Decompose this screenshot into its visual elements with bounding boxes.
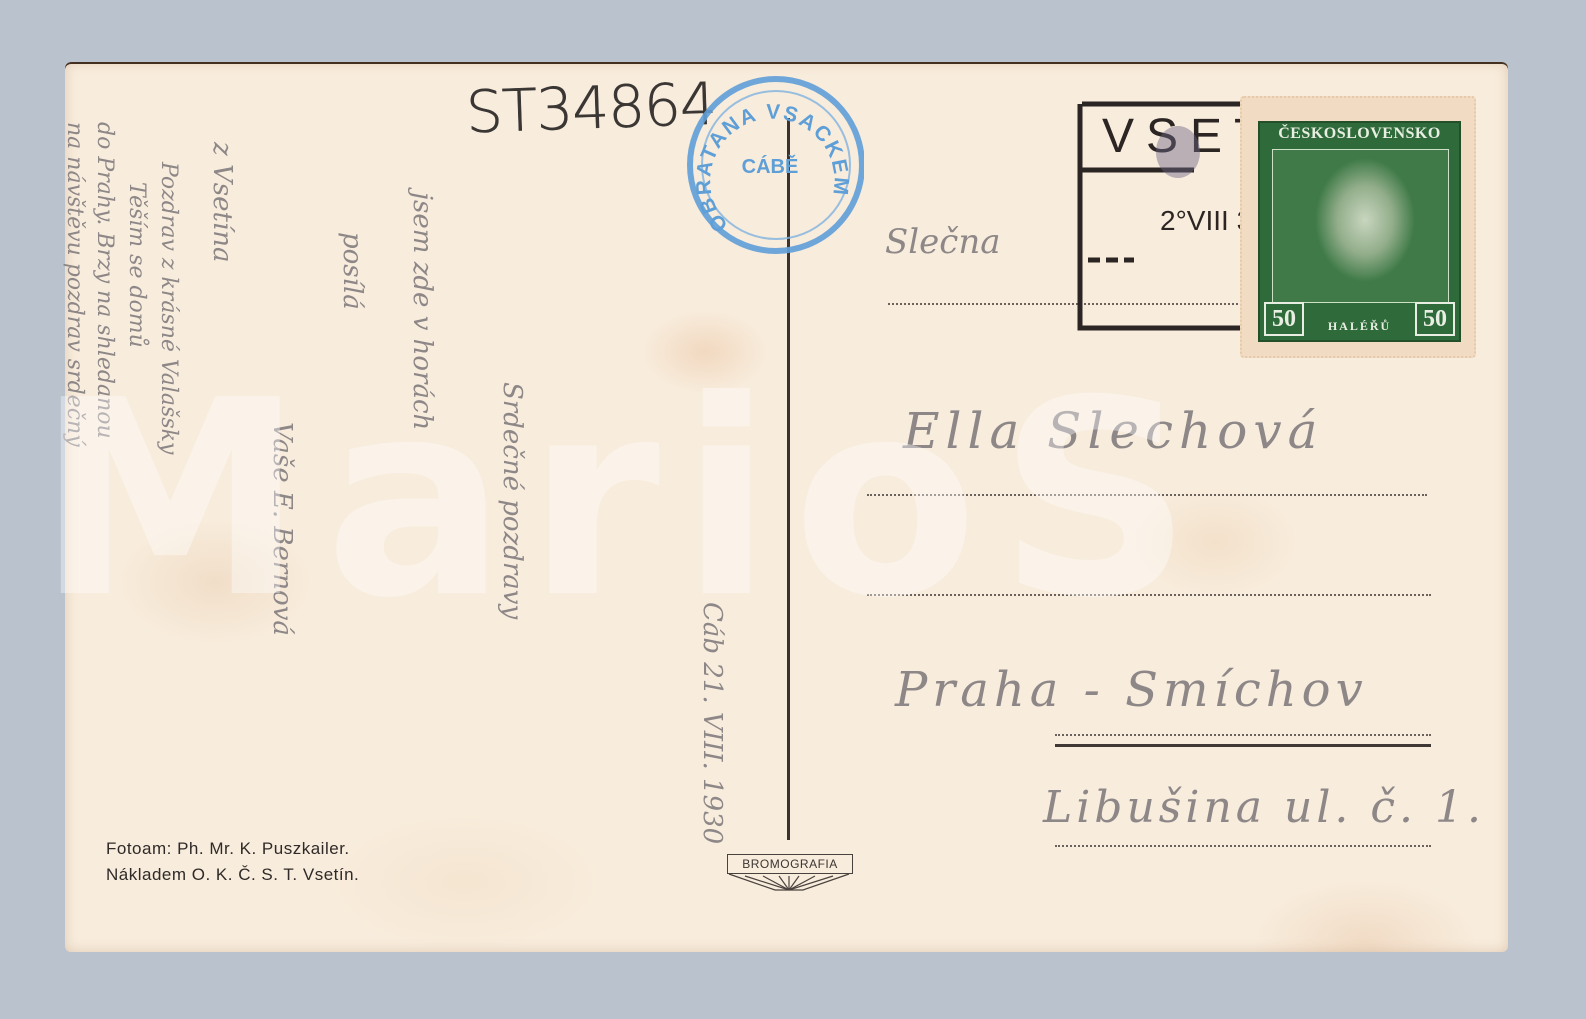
stamp-value-right: 50 <box>1415 302 1455 336</box>
address-line-2 <box>867 494 1427 496</box>
stamp-design: ČESKOSLOVENSKO 50 HALÉŘŮ 50 <box>1258 121 1461 342</box>
address-salutation: Slečna <box>885 222 1001 262</box>
message-line: Pozdrav z krásné Valašsky <box>156 162 181 454</box>
inventory-number: ST34864 <box>465 70 717 147</box>
address-name: Ella Slechová <box>903 402 1323 460</box>
message-line: posílá <box>337 232 367 310</box>
address-underline <box>1055 744 1431 747</box>
address-line-4 <box>1055 734 1431 736</box>
photo-credit: Fotoam: Ph. Mr. K. Puszkailer. <box>106 836 359 862</box>
message-line: Vaše E. Bernová <box>267 422 297 636</box>
stamp-value-left: 50 <box>1264 302 1304 336</box>
address-line-3 <box>867 594 1431 596</box>
sunburst-icon <box>725 854 855 894</box>
message-date: Cáb 21. VIII. 1930 <box>697 602 727 844</box>
address-street: Libušina ul. č. 1. <box>1043 782 1485 833</box>
bromografia-logo: BROMOGRAFIA <box>725 854 855 894</box>
address-city: Praha - Smíchov <box>895 662 1368 718</box>
stamp-unit: HALÉŘŮ <box>1310 319 1409 334</box>
message-line: Srdečné pozdravy <box>497 382 527 619</box>
seal-center-text: CÁBĚ <box>742 154 799 178</box>
portrait-icon <box>1272 149 1449 303</box>
stamp-country: ČESKOSLOVENSKO <box>1260 125 1459 143</box>
message-line: z Vsetína <box>207 142 237 262</box>
message-line: Těším se domů <box>124 182 149 348</box>
publisher: Nákladem O. K. Č. S. T. Vsetín. <box>106 862 359 888</box>
message-line: do Prahy. Brzy na shledanou <box>92 122 117 439</box>
address-line-5 <box>1055 845 1431 847</box>
message-line: jsem zde v horách <box>407 192 437 430</box>
imprint: Fotoam: Ph. Mr. K. Puszkailer. Nákladem … <box>106 836 359 888</box>
message-line: na návštěvu pozdrav srdečný <box>62 122 87 447</box>
postage-stamp: ČESKOSLOVENSKO 50 HALÉŘŮ 50 <box>1240 96 1476 358</box>
blue-seal-stamp: OBRATANA VSACKEM CÁBĚ <box>684 75 864 255</box>
